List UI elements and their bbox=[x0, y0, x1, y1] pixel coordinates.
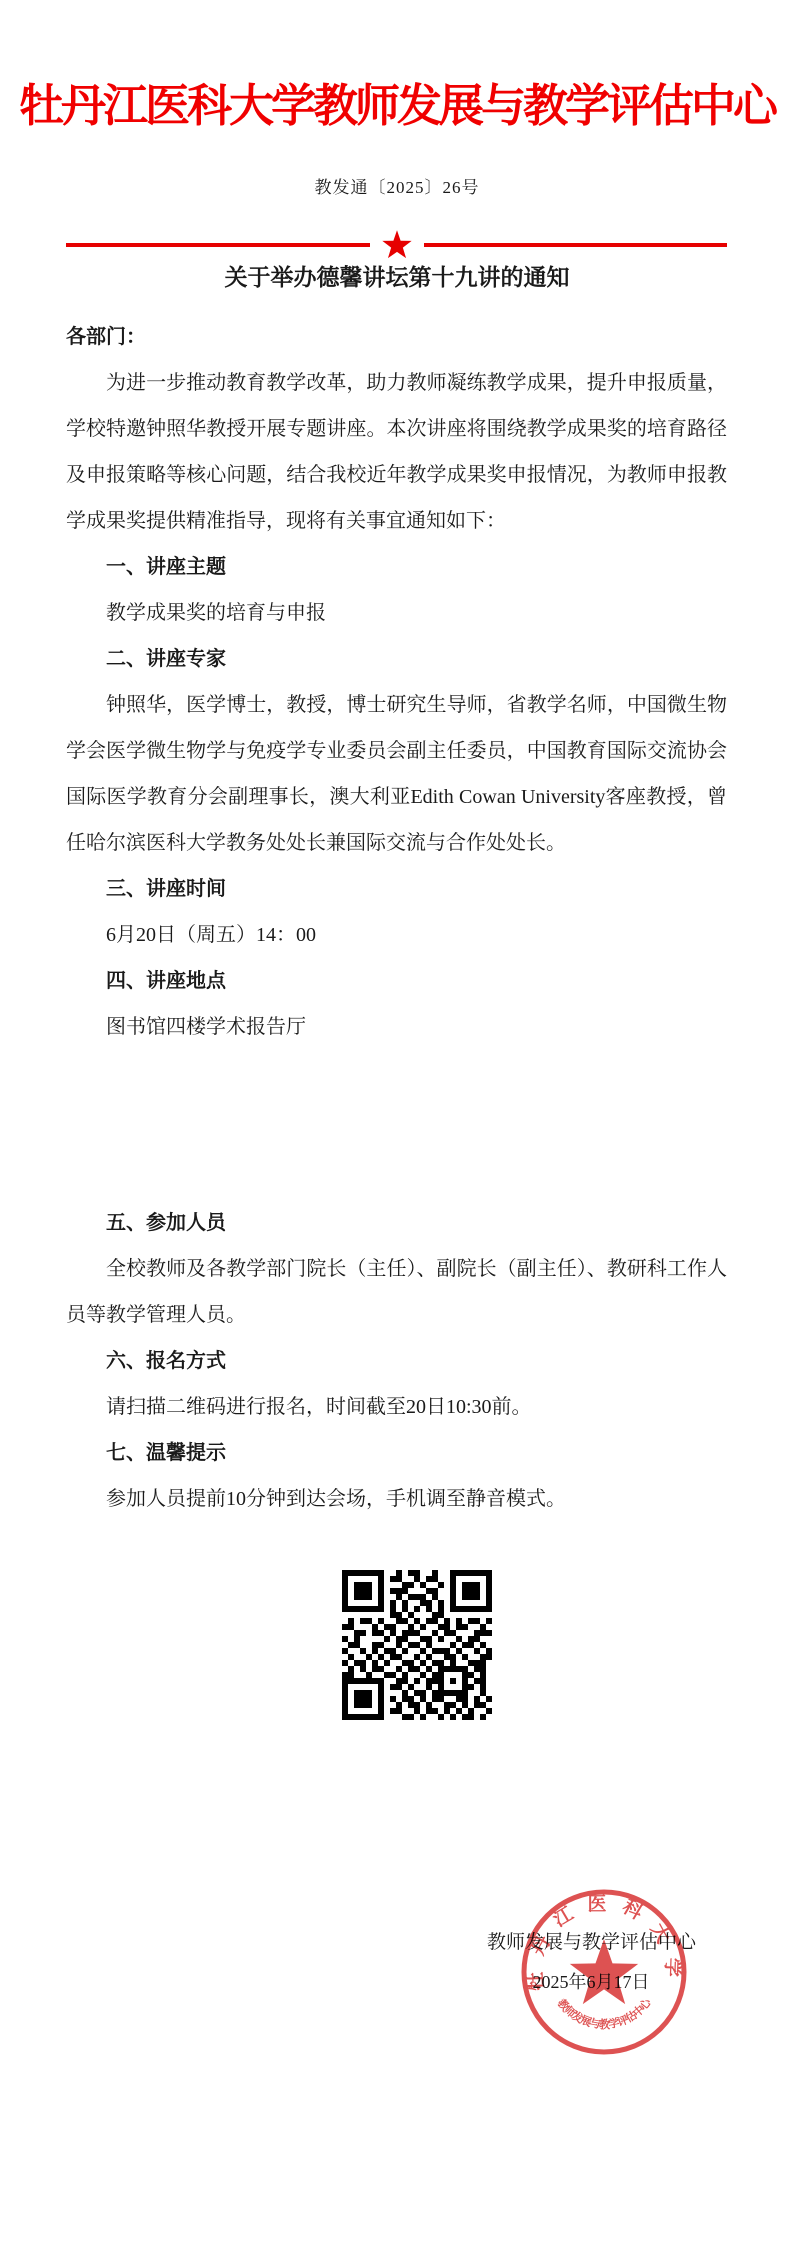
section-heading: 四、讲座地点 bbox=[66, 958, 727, 1004]
stamp-bottom-text: 教师发展与教学评估中心 bbox=[554, 1995, 654, 2032]
star-icon bbox=[381, 229, 413, 261]
divider-rule-left bbox=[66, 243, 370, 247]
section-body: 请扫描二维码进行报名，时间截至20日10:30前。 bbox=[66, 1384, 727, 1430]
stamp-star-icon bbox=[570, 1939, 638, 2004]
section-heading: 一、讲座主题 bbox=[66, 544, 727, 590]
section-body: 全校教师及各教学部门院长（主任）、副院长（副主任）、教研科工作人员等教学管理人员… bbox=[66, 1246, 727, 1338]
section-heading: 五、参加人员 bbox=[66, 1200, 727, 1246]
section-body: 钟照华，医学博士，教授，博士研究生导师，省教学名师，中国微生物学会医学微生物学与… bbox=[66, 682, 727, 866]
registration-qr-code bbox=[342, 1570, 492, 1720]
intro-paragraph: 为进一步推动教育教学改革，助力教师凝练教学成果，提升申报质量，学校特邀钟照华教授… bbox=[66, 360, 727, 544]
section-time: 三、讲座时间 6月20日（周五）14：00 bbox=[66, 866, 727, 958]
section-body: 6月20日（周五）14：00 bbox=[66, 912, 727, 958]
official-red-stamp: 牡丹江医科大学 教师发展与教学评估中心 bbox=[514, 1882, 694, 2062]
qr-code-grid bbox=[342, 1570, 492, 1720]
section-topic: 一、讲座主题 教学成果奖的培育与申报 bbox=[66, 544, 727, 636]
section-body: 图书馆四楼学术报告厅 bbox=[66, 1004, 727, 1050]
section-location: 四、讲座地点 图书馆四楼学术报告厅 bbox=[66, 958, 727, 1050]
section-body: 教学成果奖的培育与申报 bbox=[66, 590, 727, 636]
section-expert: 二、讲座专家 钟照华，医学博士，教授，博士研究生导师，省教学名师，中国微生物学会… bbox=[66, 636, 727, 866]
doc-number: 教发通〔2025〕26号 bbox=[0, 176, 794, 200]
document-page: 牡丹江医科大学教师发展与教学评估中心 教发通〔2025〕26号 关于举办德馨讲坛… bbox=[0, 0, 794, 2244]
section-reminder: 七、温馨提示 参加人员提前10分钟到达会场，手机调至静音模式。 bbox=[66, 1430, 727, 1522]
svg-text:教师发展与教学评估中心: 教师发展与教学评估中心 bbox=[554, 1995, 654, 2032]
section-participants: 五、参加人员 全校教师及各教学部门院长（主任）、副院长（副主任）、教研科工作人员… bbox=[66, 1200, 727, 1338]
section-heading: 三、讲座时间 bbox=[66, 866, 727, 912]
org-title: 牡丹江医科大学教师发展与教学评估中心 bbox=[0, 76, 794, 136]
divider-rule-right bbox=[424, 243, 728, 247]
salutation: 各部门： bbox=[66, 314, 727, 360]
section-heading: 七、温馨提示 bbox=[66, 1430, 727, 1476]
notice-title: 关于举办德馨讲坛第十九讲的通知 bbox=[0, 262, 794, 294]
red-divider bbox=[66, 230, 727, 260]
section-heading: 六、报名方式 bbox=[66, 1338, 727, 1384]
body-section-first: 各部门： 为进一步推动教育教学改革，助力教师凝练教学成果，提升申报质量，学校特邀… bbox=[66, 314, 727, 1050]
body-section-second: 五、参加人员 全校教师及各教学部门院长（主任）、副院长（副主任）、教研科工作人员… bbox=[66, 1200, 727, 1522]
section-body: 参加人员提前10分钟到达会场，手机调至静音模式。 bbox=[66, 1476, 727, 1522]
section-heading: 二、讲座专家 bbox=[66, 636, 727, 682]
section-registration: 六、报名方式 请扫描二维码进行报名，时间截至20日10:30前。 bbox=[66, 1338, 727, 1430]
